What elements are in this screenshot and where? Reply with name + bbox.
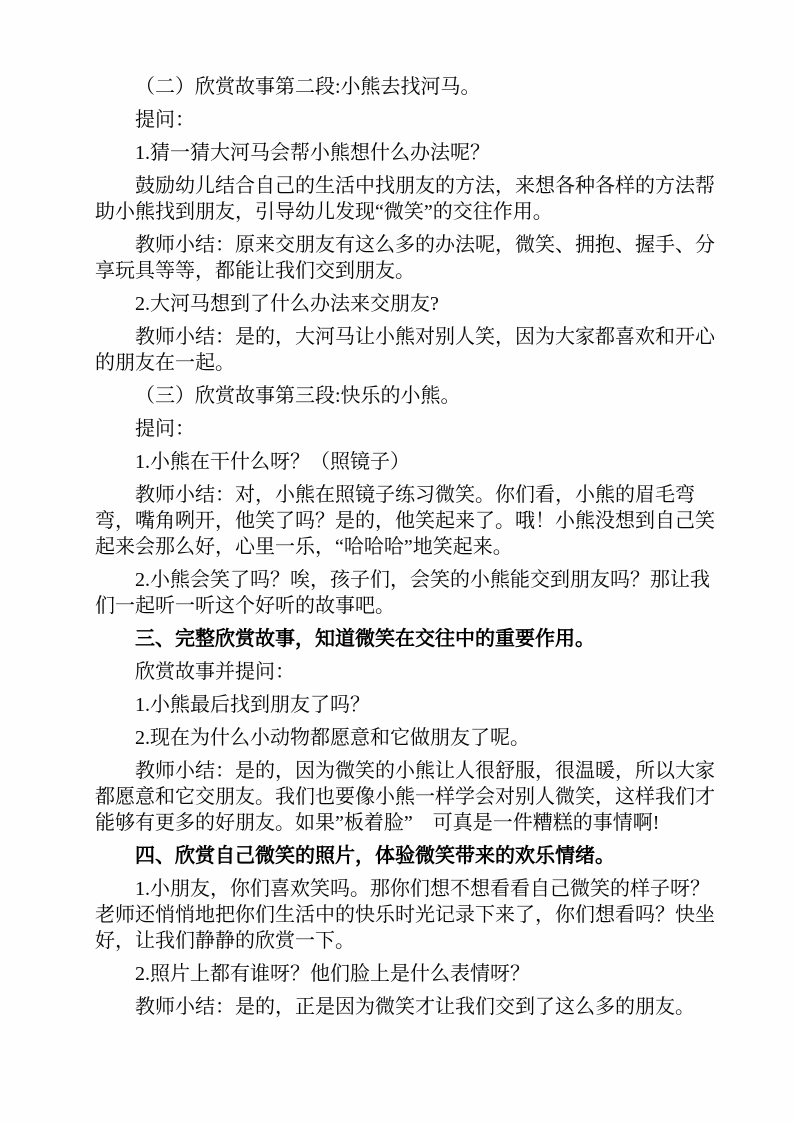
- paragraph: （三）欣赏故事第三段:快乐的小熊。: [95, 383, 725, 409]
- paragraph: 2.小熊会笑了吗？唉，孩子们，会笑的小熊能交到朋友吗？那让我 们一起听一听这个好…: [95, 567, 725, 619]
- document-body: （二）欣赏故事第二段:小熊去找河马。提问：1.猜一猜大河马会帮小熊想什么办法呢？…: [95, 74, 725, 1027]
- paragraph: 提问：: [95, 107, 725, 133]
- paragraph: 2.现在为什么小动物都愿意和它做朋友了呢。: [95, 725, 725, 751]
- paragraph: 教师小结：原来交朋友有这么多的办法呢，微笑、拥抱、握手、分 享玩具等等，都能让我…: [95, 232, 725, 284]
- paragraph: 1.猜一猜大河马会帮小熊想什么办法呢？: [95, 140, 725, 166]
- paragraph: 教师小结：是的，因为微笑的小熊让人很舒服，很温暖，所以大家 都愿意和它交朋友。我…: [95, 758, 725, 836]
- section-heading: 三、完整欣赏故事，知道微笑在交往中的重要作用。: [95, 626, 725, 652]
- paragraph: 1.小熊在干什么呀？（照镜子）: [95, 449, 725, 475]
- document-page: （二）欣赏故事第二段:小熊去找河马。提问：1.猜一猜大河马会帮小熊想什么办法呢？…: [0, 0, 794, 1123]
- paragraph: 鼓励幼儿结合自己的生活中找朋友的方法，来想各种各样的方法帮 助小熊找到朋友，引导…: [95, 173, 725, 225]
- paragraph: （二）欣赏故事第二段:小熊去找河马。: [95, 74, 725, 100]
- paragraph: 提问：: [95, 416, 725, 442]
- paragraph: 教师小结：对，小熊在照镜子练习微笑。你们看，小熊的眉毛弯 弯，嘴角咧开，他笑了吗…: [95, 482, 725, 560]
- paragraph: 教师小结：是的，大河马让小熊对别人笑，因为大家都喜欢和开心 的朋友在一起。: [95, 324, 725, 376]
- paragraph: 教师小结：是的，正是因为微笑才让我们交到了这么多的朋友。: [95, 994, 725, 1020]
- paragraph: 2.大河马想到了什么办法来交朋友?: [95, 291, 725, 317]
- paragraph: 欣赏故事并提问：: [95, 659, 725, 685]
- paragraph: 2.照片上都有谁呀？他们脸上是什么表情呀？: [95, 961, 725, 987]
- section-heading: 四、欣赏自己微笑的照片，体验微笑带来的欢乐情绪。: [95, 843, 725, 869]
- paragraph: 1.小朋友，你们喜欢笑吗。那你们想不想看看自己微笑的样子呀？ 老师还悄悄地把你们…: [95, 876, 725, 954]
- paragraph: 1.小熊最后找到朋友了吗？: [95, 692, 725, 718]
